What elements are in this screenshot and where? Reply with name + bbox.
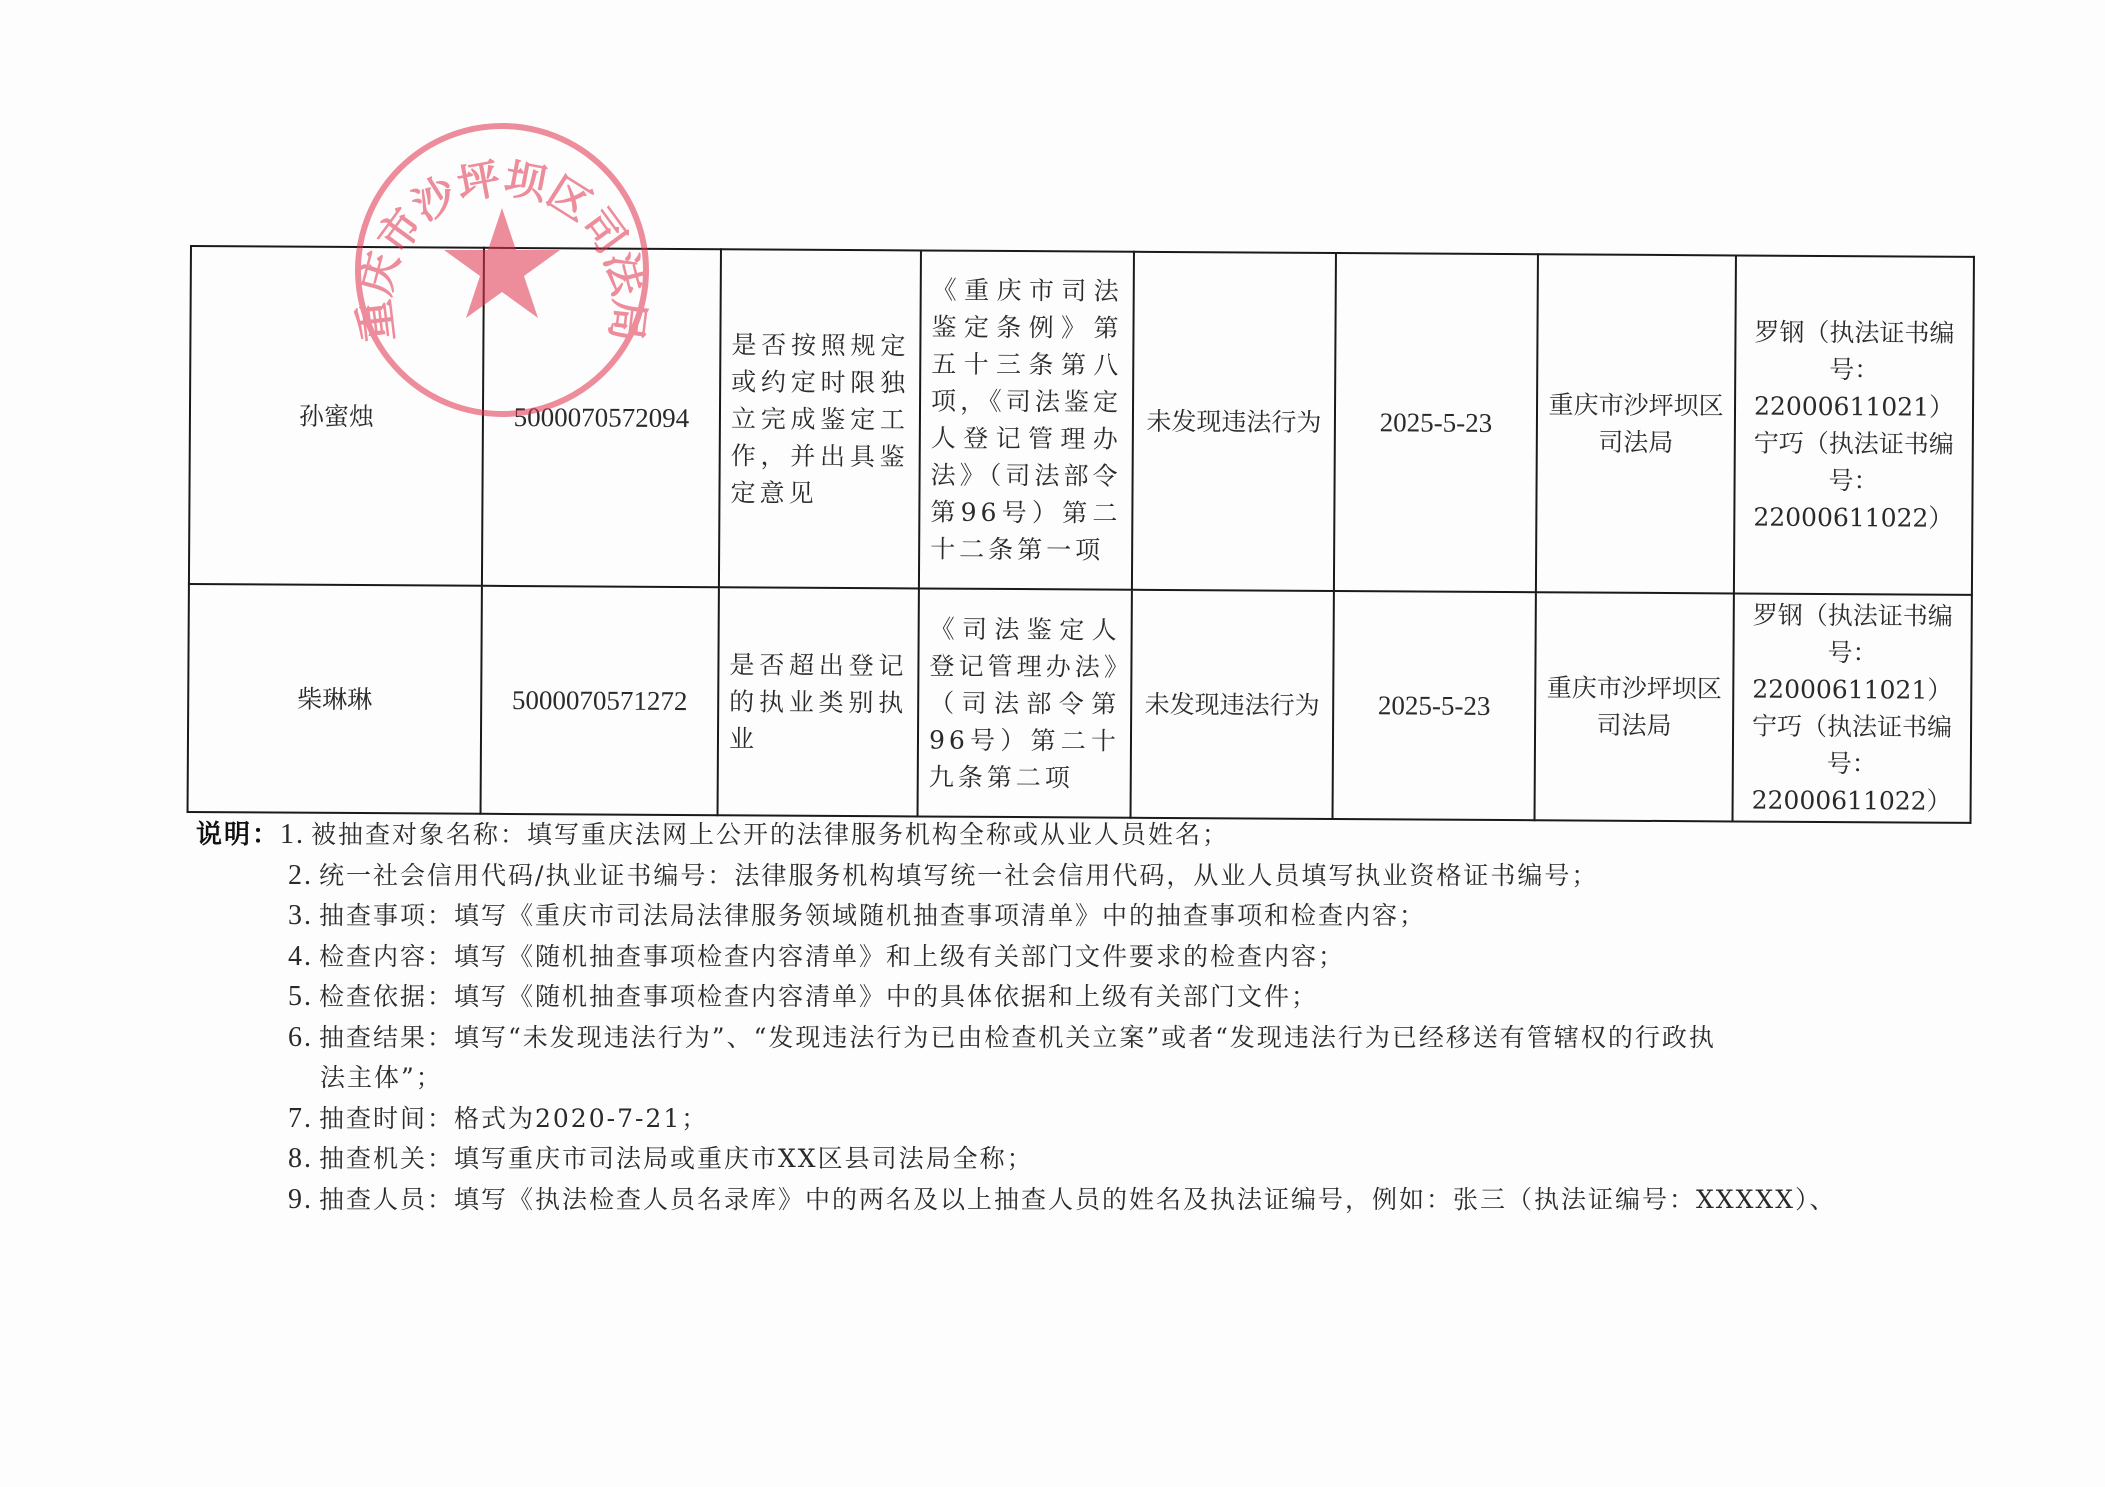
subject-name-cell: 柴琳琳 — [188, 584, 482, 814]
inspection-item-cell: 是否按照规定或约定时限独立完成鉴定工作，并出具鉴定意见 — [719, 249, 921, 588]
note-item-6: 6.抽查结果：填写“未发现违法行为”、“发现违法行为已由检查机关立案”或者“发现… — [196, 1018, 1976, 1059]
inspectors-cell: 罗钢（执法证书编号：22000611021）宁巧（执法证书编号：22000611… — [1734, 255, 1974, 594]
inspection-agency-cell: 重庆市沙坪坝区司法局 — [1536, 254, 1736, 593]
license-code-cell: 5000070572094 — [482, 248, 721, 587]
inspectors-cell: 罗钢（执法证书编号：22000611021）宁巧（执法证书编号：22000611… — [1733, 593, 1972, 822]
inspection-date-cell: 2025-5-23 — [1334, 253, 1538, 592]
note-item-2: 2.统一社会信用代码/执业证书编号：法律服务机构填写统一社会信用代码，从业人员填… — [196, 856, 1976, 897]
note-item-1: 说明：1.被抽查对象名称：填写重庆法网上公开的法律服务机构全称或从业人员姓名； — [196, 815, 1976, 856]
document-page: 孙蜜烛 5000070572094 是否按照规定或约定时限独立完成鉴定工作，并出… — [0, 0, 2105, 1487]
subject-name-cell: 孙蜜烛 — [189, 246, 484, 586]
note-item-6-continued: 法主体”； — [196, 1058, 1976, 1099]
note-item-8: 8.抽查机关：填写重庆市司法局或重庆市XX区县司法局全称； — [196, 1139, 1976, 1180]
license-code-cell: 5000070571272 — [481, 586, 719, 815]
notes-section: 说明：1.被抽查对象名称：填写重庆法网上公开的法律服务机构全称或从业人员姓名； … — [196, 815, 1976, 1220]
inspection-result-cell: 未发现违法行为 — [1132, 252, 1336, 591]
note-item-9: 9.抽查人员：填写《执法检查人员名录库》中的两名及以上抽查人员的姓名及执法证编号… — [196, 1180, 1976, 1221]
note-item-7: 7.抽查时间：格式为2020-7-21； — [196, 1099, 1976, 1140]
inspection-basis-cell: 《司法鉴定人登记管理办法》（司法部令第96号）第二十九条第二项 — [918, 588, 1132, 817]
note-item-4: 4.检查内容：填写《随机抽查事项检查内容清单》和上级有关部门文件要求的检查内容； — [196, 937, 1976, 978]
table-row: 孙蜜烛 5000070572094 是否按照规定或约定时限独立完成鉴定工作，并出… — [189, 246, 1974, 595]
inspection-date-cell: 2025-5-23 — [1333, 591, 1536, 820]
inspection-agency-cell: 重庆市沙坪坝区司法局 — [1535, 592, 1734, 821]
inspection-item-cell: 是否超出登记的执业类别执业 — [718, 587, 919, 816]
inspection-basis-cell: 《重庆市司法鉴定条例》第五十三条第八项，《司法鉴定人登记管理办法》（司法部令第9… — [919, 250, 1134, 589]
notes-label: 说明： — [196, 820, 280, 850]
table-row: 柴琳琳 5000070571272 是否超出登记的执业类别执业 《司法鉴定人登记… — [188, 584, 1972, 823]
inspection-result-cell: 未发现违法行为 — [1131, 590, 1334, 819]
note-item-5: 5.检查依据：填写《随机抽查事项检查内容清单》中的具体依据和上级有关部门文件； — [196, 977, 1976, 1018]
inspection-record-table: 孙蜜烛 5000070572094 是否按照规定或约定时限独立完成鉴定工作，并出… — [187, 245, 1975, 824]
note-item-3: 3.抽查事项：填写《重庆市司法局法律服务领域随机抽查事项清单》中的抽查事项和检查… — [196, 896, 1976, 937]
